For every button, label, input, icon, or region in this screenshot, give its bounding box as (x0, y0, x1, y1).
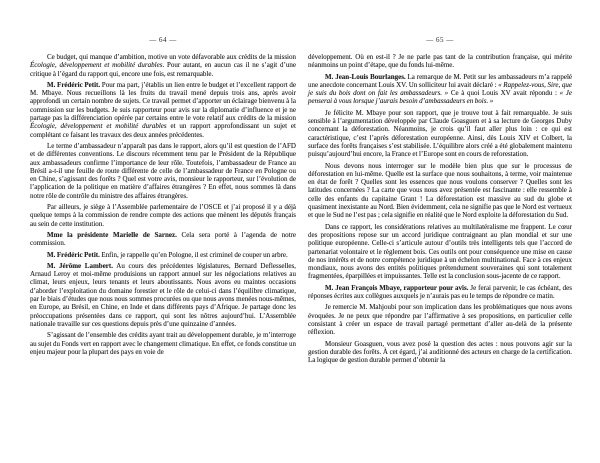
text-segment: Par ailleurs, je siège à l’Assemblée par… (30, 203, 296, 228)
page-65: — 65 — développement. Où en est-il ? Je … (308, 36, 572, 367)
text-segment: Au cours des précédentes législatures, B… (30, 262, 296, 328)
text-segment: Je félicite M. Mbaye pour son rapport, q… (308, 109, 572, 158)
text-segment: Ce à quoi Louis XV avait répondu : (448, 89, 559, 97)
paragraph: S’agissant de l’ensemble des crédits aya… (30, 331, 296, 356)
text-segment: M. Frédéric Petit. (47, 81, 100, 89)
paragraph: Dans ce rapport, les considérations rela… (308, 223, 572, 281)
paragraph: M. Jérôme Lambert. Au cours des précéden… (30, 262, 296, 328)
text-segment: Dans ce rapport, les considérations rela… (308, 223, 572, 281)
text-segment: Le terme d’ambassadeur n’apparaît pas da… (30, 142, 296, 200)
paragraph: M. Frédéric Petit. Pour ma part, j’établ… (30, 81, 296, 139)
paragraph: Par ailleurs, je siège à l’Assemblée par… (30, 203, 296, 228)
page-64: — 64 — Ce budget, qui manque d’ambition,… (30, 36, 296, 359)
text-segment: M. Jean-Louis Bourlanges. (325, 73, 406, 81)
text-segment: Je remercie M. Mahjoubi pour son implica… (308, 303, 572, 336)
text-segment: Monsieur Goasguen, vous avez posé la que… (308, 340, 572, 365)
text-segment: Écologie, développement et mobilité dura… (30, 122, 167, 130)
paragraph: Ce budget, qui manque d’ambition, motive… (30, 53, 296, 78)
text-segment: M. Jean François Mbaye, rapporteur pour … (325, 284, 468, 292)
text-segment: Ce budget, qui manque d’ambition, motive… (47, 53, 296, 61)
paragraph: Nous devons nous interroger sur le modèl… (308, 162, 572, 220)
text-segment: Mme la présidente Marielle de Sarnez. (47, 231, 177, 239)
paragraph: M. Jean-Louis Bourlanges. La remarque de… (308, 73, 572, 106)
paragraph: M. Jean François Mbaye, rapporteur pour … (308, 284, 572, 301)
text-segment: M. Jérôme Lambert. (47, 262, 113, 270)
page-number-left: — 64 — (30, 36, 296, 44)
paragraph: Je félicite M. Mbaye pour son rapport, q… (308, 109, 572, 159)
paragraph: Mme la présidente Marielle de Sarnez. Ce… (30, 231, 296, 248)
text-segment: Nous devons nous interroger sur le modèl… (308, 162, 572, 220)
page-number-right: — 65 — (308, 36, 572, 44)
paragraph: Je remercie M. Mahjoubi pour son implica… (308, 303, 572, 336)
page-body-left: Ce budget, qui manque d’ambition, motive… (30, 53, 296, 356)
page-body-right: développement. Où en est-il ? Je ne parl… (308, 53, 572, 364)
paragraph: développement. Où en est-il ? Je ne parl… (308, 53, 572, 70)
document-spread: — 64 — Ce budget, qui manque d’ambition,… (0, 0, 600, 463)
text-segment: S’agissant de l’ensemble des crédits aya… (30, 331, 296, 356)
text-segment: Écologie, développement et mobilité dura… (30, 61, 162, 69)
paragraph: Monsieur Goasguen, vous avez posé la que… (308, 340, 572, 365)
text-segment: Enfin, je rappelle qu’en Pologne, il est… (100, 251, 288, 259)
paragraph: Le terme d’ambassadeur n’apparaît pas da… (30, 142, 296, 200)
text-segment: M. Frédéric Petit. (47, 251, 100, 259)
paragraph: M. Frédéric Petit. Enfin, je rappelle qu… (30, 251, 296, 259)
text-segment: développement. Où en est-il ? Je ne parl… (308, 53, 572, 69)
